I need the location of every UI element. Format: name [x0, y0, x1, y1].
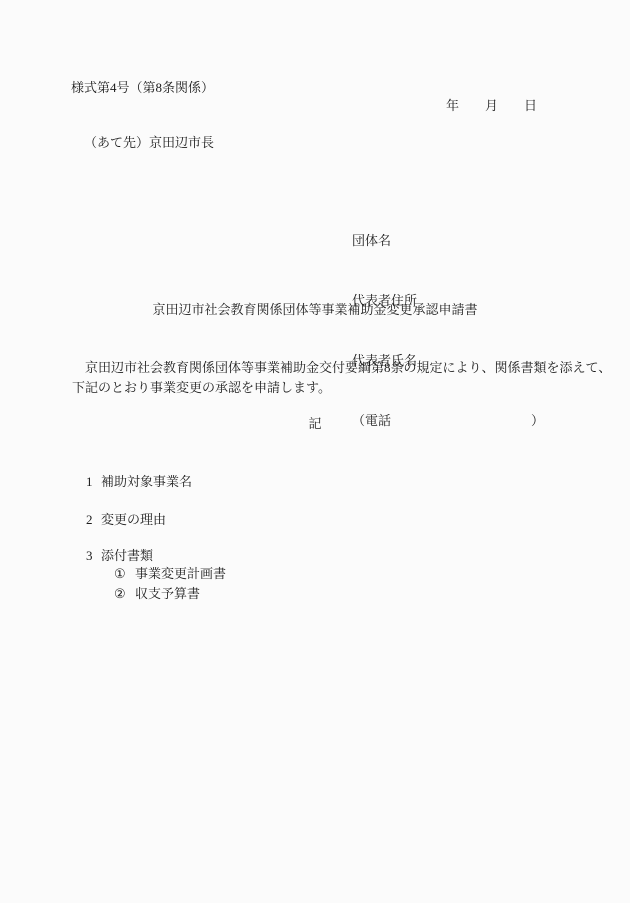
page-title: 京田辺市社会教育関係団体等事業補助金変更承認申請書 [0, 300, 630, 320]
org-name-label: 団体名 [352, 231, 544, 251]
item-3-number: 3 [86, 546, 101, 566]
item-1-number: 1 [86, 472, 101, 492]
item-1-label: 補助対象事業名 [101, 474, 192, 489]
document-page: 様式第4号（第8条関係） 年 月 日 （あて先）京田辺市長 団体名 代表者住所 … [0, 0, 630, 903]
body-paragraph: 京田辺市社会教育関係団体等事業補助金交付要綱第8条の規定により、関係書類を添えて… [72, 358, 620, 398]
date-line: 年 月 日 [446, 96, 537, 116]
form-number: 様式第4号（第8条関係） [71, 78, 214, 98]
sub-item-2-number: ② [114, 584, 135, 604]
ki-heading: 記 [0, 414, 630, 434]
sub-item-2-label: 収支予算書 [135, 586, 200, 601]
addressee: （あて先）京田辺市長 [84, 133, 214, 153]
sub-item-2: ②収支予算書 [101, 564, 200, 624]
item-2-label: 変更の理由 [101, 512, 166, 527]
